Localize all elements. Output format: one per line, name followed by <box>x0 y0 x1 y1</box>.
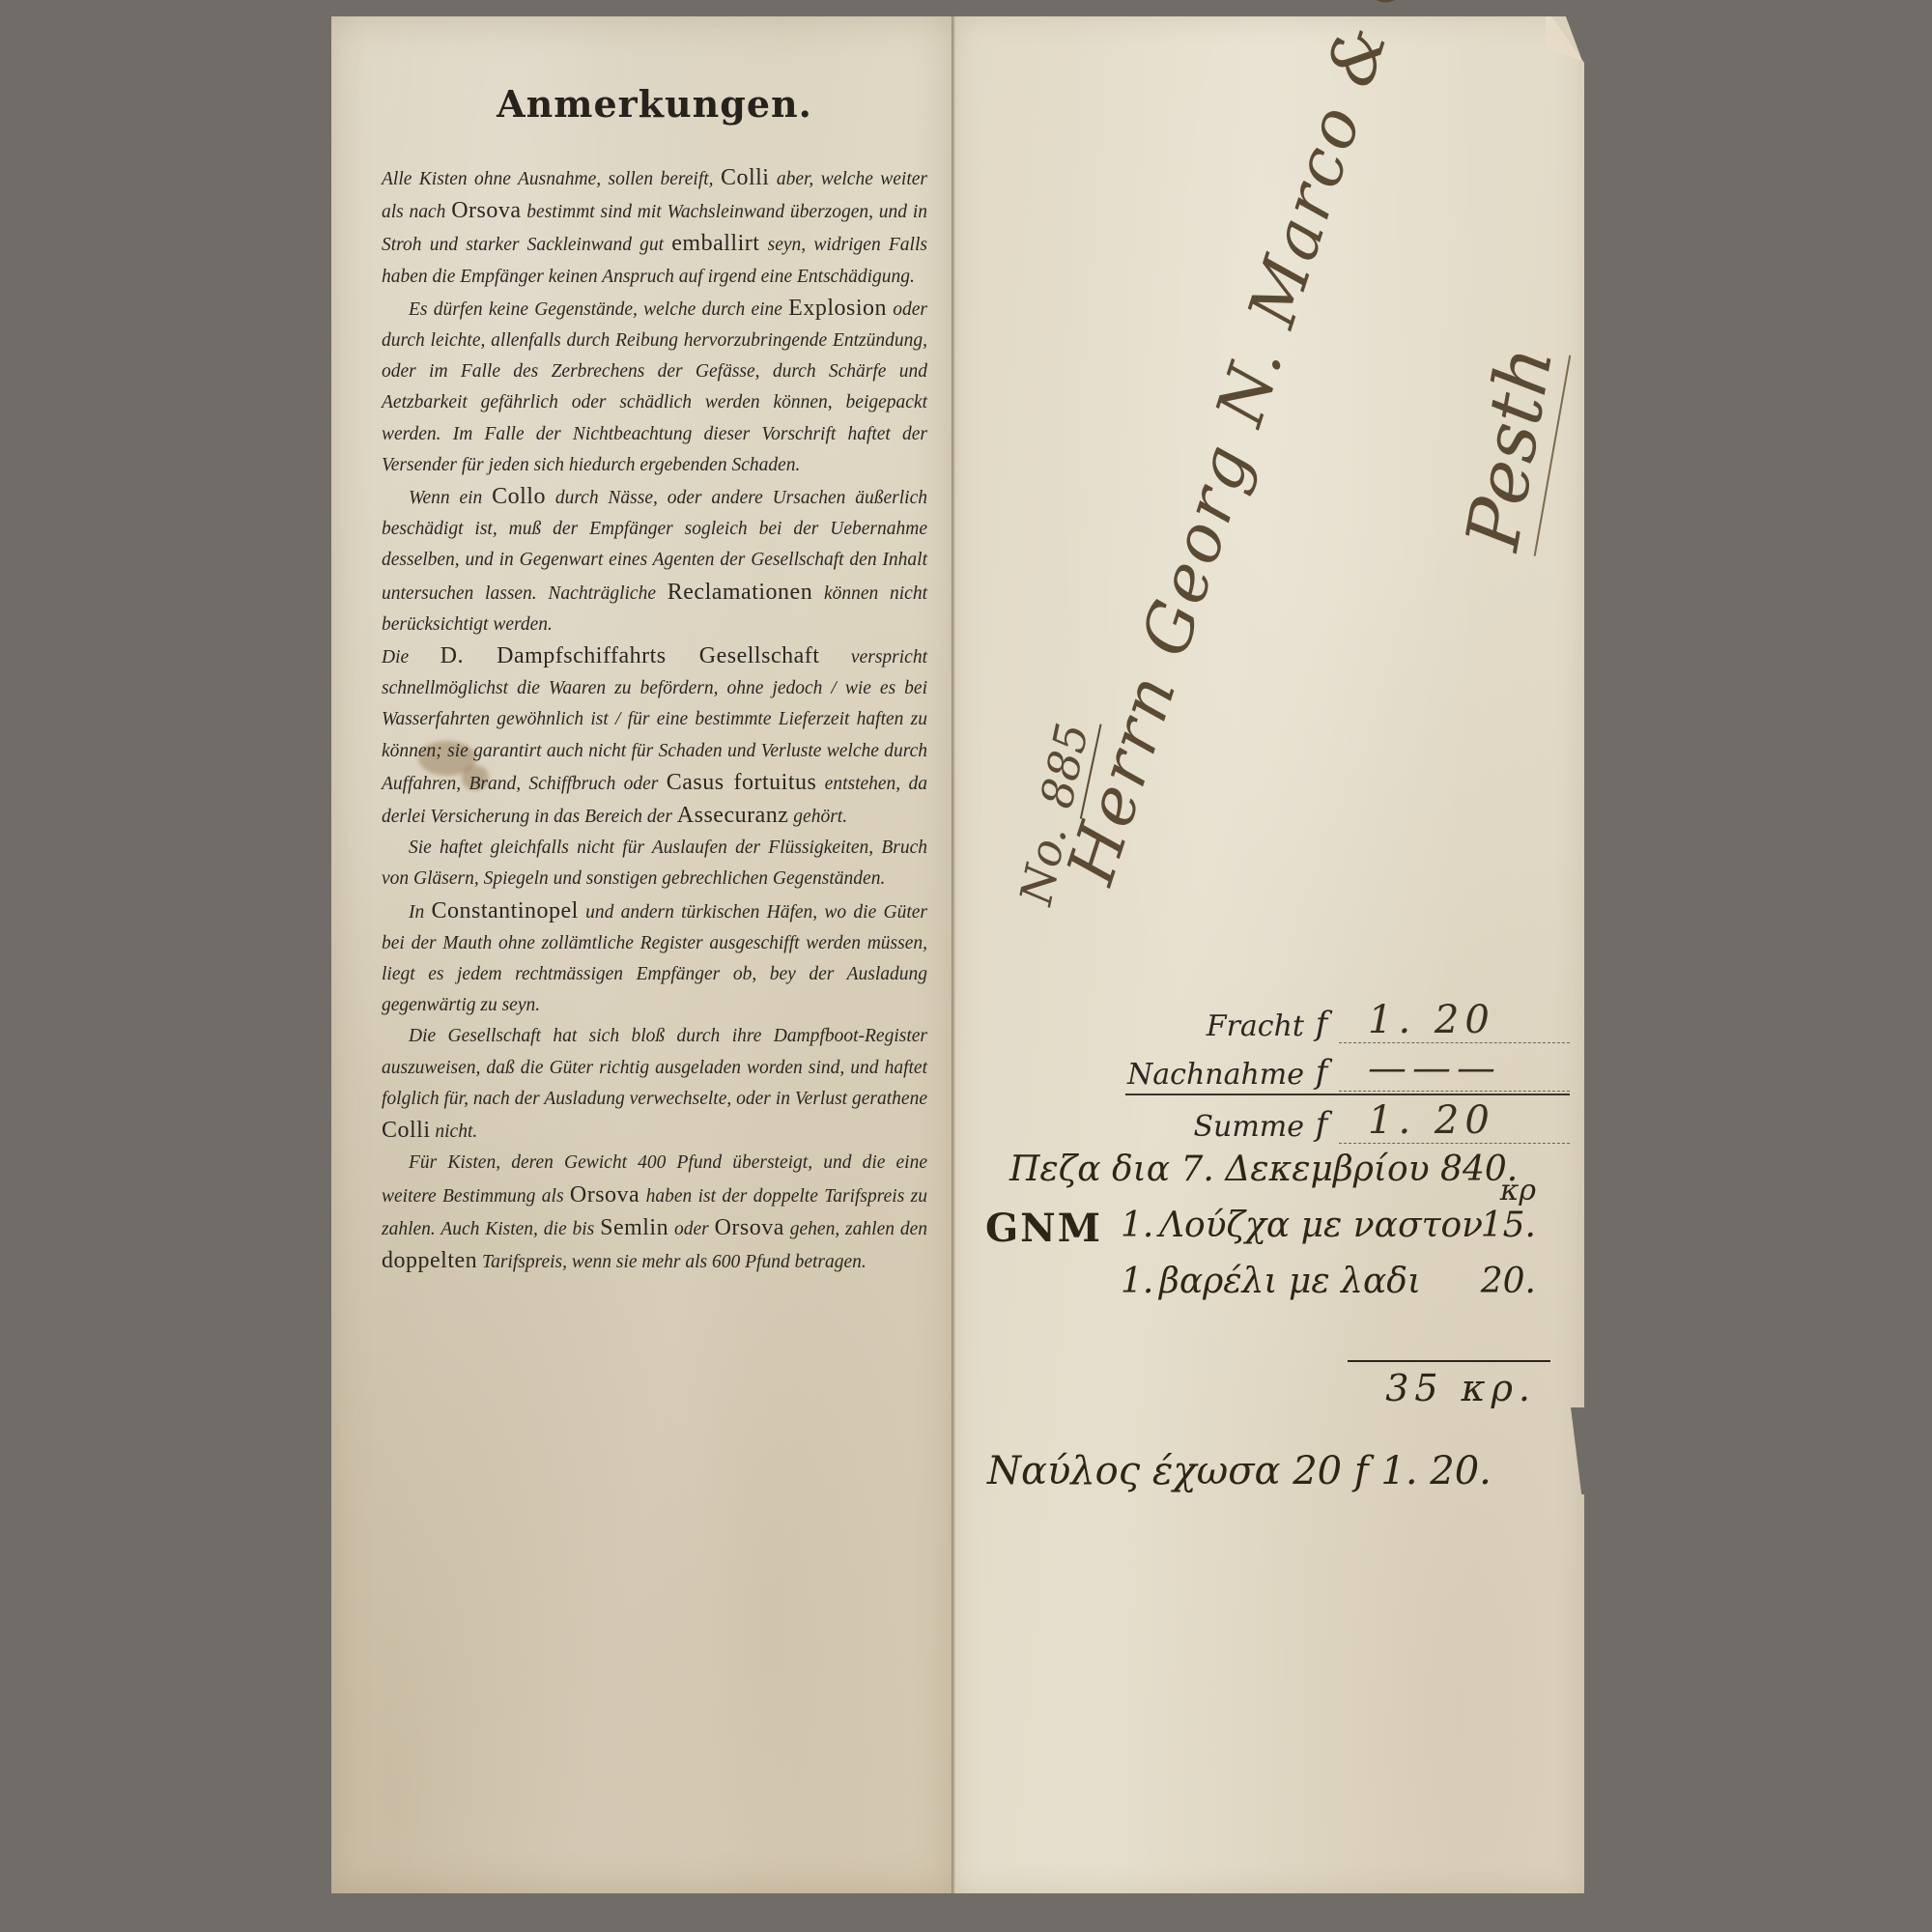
total-rule <box>1348 1360 1550 1362</box>
charge-label: Nachnahme <box>1125 1058 1304 1092</box>
text: nicht. <box>431 1122 478 1142</box>
center-fold-crease <box>952 16 955 1893</box>
item-description: βαρέλι με λαδι <box>1159 1262 1421 1301</box>
item-qty: 1. <box>1121 1206 1153 1245</box>
ledger-total: 35 κρ. <box>1385 1367 1536 1409</box>
emphasis: Explosion <box>788 296 887 321</box>
emphasis: Colli <box>382 1118 431 1143</box>
terms-paragraph: Alle Kisten ohne Ausnahme, sollen bereif… <box>382 162 927 293</box>
terms-paragraph: Die D. Dampfschiffahrts Gesellschaft ver… <box>382 640 927 833</box>
emphasis: D. Dampfschiffahrts Gesellschaft <box>440 643 820 668</box>
charge-row-nachnahme: Nachnahme f ——— <box>1125 1043 1570 1092</box>
scan-background: Anmerkungen. Alle Kisten ohne Ausnahme, … <box>0 0 1932 1932</box>
ledger-date-text: Πεζα δια 7. Δεκεμβρίου 840. <box>1009 1150 1518 1189</box>
text: Alle Kisten ohne Ausnahme, sollen bereif… <box>382 169 721 189</box>
text: Wenn ein <box>409 488 492 508</box>
item-amount: 15. <box>1481 1206 1536 1245</box>
emphasis: Constantinopel <box>432 898 579 923</box>
emphasis: emballirt <box>671 231 759 256</box>
waybill-sheet: Anmerkungen. Alle Kisten ohne Ausnahme, … <box>331 16 1584 1893</box>
text: gehen, zahlen den <box>784 1219 927 1239</box>
text: In <box>409 902 432 923</box>
terms-paragraph: Wenn ein Collo durch Nässe, oder andere … <box>382 481 927 640</box>
item-qty: 1. <box>1121 1262 1153 1301</box>
emphasis: Colli <box>721 165 770 190</box>
text: oder durch leichte, allenfalls durch Rei… <box>382 299 927 475</box>
handwritten-ledger: Πεζα δια 7. Δεκεμβρίου 840. κρ GNM 1. Λο… <box>985 1150 1555 1318</box>
florin-icon: f <box>1304 1105 1339 1144</box>
text: gehört. <box>788 807 847 827</box>
shipping-marks: GNM <box>985 1206 1102 1251</box>
charge-label: Summe <box>1125 1110 1304 1144</box>
ledger-item: 1. βαρέλι με λαδι 20. <box>985 1262 1555 1318</box>
text: Sie haftet gleichfalls nicht für Auslauf… <box>382 838 927 889</box>
emphasis: Collo <box>492 484 546 509</box>
charge-row-summe: Summe f 1. 20 <box>1125 1094 1570 1144</box>
terms-title: Anmerkungen. <box>382 82 927 126</box>
ledger-date: Πεζα δια 7. Δεκεμβρίου 840. κρ <box>985 1150 1555 1206</box>
charge-value: 1. 20 <box>1339 998 1570 1043</box>
emphasis: Orsova <box>570 1182 639 1207</box>
emphasis: Orsova <box>715 1215 784 1240</box>
charge-value: ——— <box>1339 1046 1570 1092</box>
terms-paragraph: In Constantinopel und andern türkischen … <box>382 895 927 1022</box>
terms-paragraph: Es dürfen keine Gegenstände, welche durc… <box>382 293 927 481</box>
text: verspricht schnellmöglichst die Waaren z… <box>382 647 927 794</box>
florin-icon: f <box>1304 1005 1339 1043</box>
terms-paragraph: Die Gesellschaft hat sich bloß durch ihr… <box>382 1021 927 1148</box>
text: oder <box>668 1219 714 1239</box>
terms-paragraph: Sie haftet gleichfalls nicht für Auslauf… <box>382 833 927 895</box>
emphasis: Semlin <box>600 1215 668 1240</box>
emphasis: doppelten <box>382 1248 477 1273</box>
freight-charges: Fracht f 1. 20 Nachnahme f ——— Summe f 1… <box>1125 995 1570 1144</box>
emphasis: Assecuranz <box>677 803 789 828</box>
item-description: Λούζχα με ναστον <box>1159 1206 1483 1245</box>
florin-icon: f <box>1304 1053 1339 1092</box>
item-amount: 20. <box>1481 1262 1536 1301</box>
charge-label: Fracht <box>1125 1009 1304 1043</box>
printed-terms: Anmerkungen. Alle Kisten ohne Ausnahme, … <box>382 65 927 1278</box>
text: Die Gesellschaft hat sich bloß durch ihr… <box>382 1026 927 1108</box>
charge-row-fracht: Fracht f 1. 20 <box>1125 995 1570 1043</box>
terms-paragraph: Für Kisten, deren Gewicht 400 Pfund über… <box>382 1148 927 1278</box>
freight-paid-note: Ναύλος έχωσα 20 f 1. 20. <box>987 1449 1492 1493</box>
ledger-item: GNM 1. Λούζχα με ναστον 15. <box>985 1206 1555 1262</box>
emphasis: Orsova <box>451 198 521 223</box>
emphasis: Casus fortuitus <box>667 770 817 795</box>
charge-value: 1. 20 <box>1339 1098 1570 1144</box>
text: Tarifspreis, wenn sie mehr als 600 Pfund… <box>477 1252 867 1272</box>
text: Es dürfen keine Gegenstände, welche durc… <box>409 299 788 320</box>
column-unit: κρ <box>1500 1174 1536 1207</box>
text: Die <box>382 647 440 668</box>
emphasis: Reclamationen <box>668 580 812 605</box>
